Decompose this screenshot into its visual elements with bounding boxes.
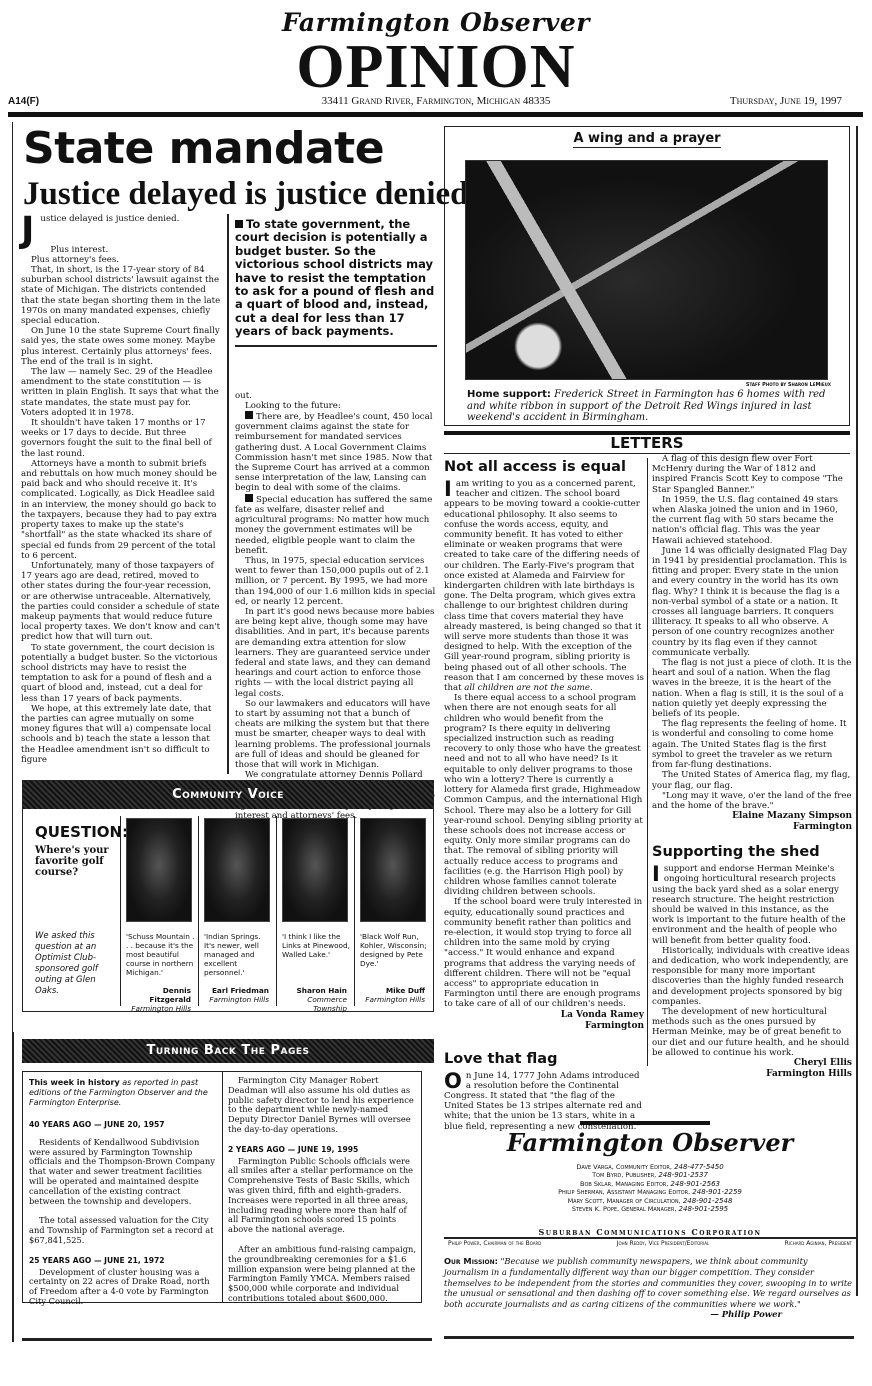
editorial-column-1: Justice delayed is justice denied. Plus …	[21, 214, 221, 765]
respondent-photo	[126, 818, 192, 922]
letter-paragraph: "Long may it wave, o'er the land of the …	[652, 791, 852, 811]
staff-box-paper-name: Farmington Observer	[444, 1128, 856, 1157]
officer: John Reddy, Vice President/Editorial	[617, 1240, 710, 1247]
mission-rule	[444, 1336, 854, 1339]
respondent: 'Black Wolf Run, Kohler, Wisconsin; desi…	[354, 816, 429, 1006]
editorial-paragraph: That, in short, is the 17-year story of …	[21, 265, 221, 326]
staff-box-rule	[580, 1121, 710, 1125]
corporation-name: Suburban Communications Corporation	[444, 1227, 856, 1237]
respondent-answer: 'Indian Springs. It's newer, well manage…	[204, 932, 273, 986]
question-text: Where's your favorite golf course?	[35, 845, 120, 878]
letter-paragraph: The flag represents the feeling of home.…	[652, 719, 852, 770]
mission-statement: Our Mission: "Because we publish communi…	[444, 1256, 854, 1310]
mission-attribution: — Philip Power	[710, 1310, 782, 1320]
letter-paragraph: June 14 was officially designated Flag D…	[652, 546, 852, 658]
respondent: 'I think I like the Links at Pinewood, W…	[276, 816, 351, 1006]
editorial-paragraph: Attorneys have a month to submit briefs …	[21, 459, 221, 561]
editorial-paragraph: Looking to the future:	[235, 401, 437, 411]
question-block: QUESTION: Where's your favorite golf cou…	[35, 823, 120, 878]
editorial-paragraph: Plus attorney's fees.	[21, 255, 221, 265]
drop-cap: I	[444, 479, 452, 499]
editorial-paragraph: The law — namely Sec. 29 of the Headlee …	[21, 367, 221, 418]
photo-caption: Home support: Frederick Street in Farmin…	[467, 389, 827, 424]
officer: Richard Aginian, President	[785, 1240, 852, 1247]
letter-town: Farmington Hills	[652, 1069, 852, 1080]
editorial-paragraph: Unfortunately, many of those taxpayers o…	[21, 561, 221, 643]
drop-cap: I	[652, 864, 660, 884]
community-voice-title: Community Voice	[23, 781, 433, 809]
editorial-paragraph: It shouldn't have taken 17 months or 17 …	[21, 418, 221, 459]
history-intro: This week in history as reported in past…	[29, 1078, 219, 1108]
bullet-square-icon	[245, 411, 253, 419]
history-heading: 2 YEARS AGO — JUNE 19, 1995	[228, 1145, 418, 1155]
respondent-name: Sharon Hain	[282, 986, 351, 995]
respondent-answer: 'I think I like the Links at Pinewood, W…	[282, 932, 351, 986]
column-divider	[222, 1072, 223, 1302]
history-column-2: Farmington City Manager Robert Deadman w…	[228, 1076, 418, 1314]
staff-member: Steven K. Pope, General Manager, 248-901…	[444, 1205, 856, 1213]
letter-author: Cheryl Ellis	[652, 1058, 852, 1069]
house-ribbon-photo	[465, 160, 828, 380]
turning-back-title: Turning Back The Pages	[22, 1039, 434, 1063]
outer-rule	[856, 126, 858, 1296]
staff-member: Mary Scott, Manager of Circulation, 248-…	[444, 1197, 856, 1205]
letter-paragraph: The development of new horticultural met…	[652, 1007, 852, 1058]
letter-title: Love that flag	[444, 1050, 644, 1068]
respondent: 'Indian Springs. It's newer, well manage…	[198, 816, 273, 1006]
column-divider	[227, 214, 229, 774]
respondent: 'Schuss Mountain . . . because it's the …	[120, 816, 195, 1006]
bullet-square-icon	[235, 220, 243, 228]
editorial-paragraph: On June 10 the state Supreme Court final…	[21, 326, 221, 367]
respondent-town: Farmington Hills	[204, 995, 273, 1004]
respondent-name: Dennis Fitzgerald	[126, 986, 195, 1004]
letter-paragraph: Historically, individuals with creative …	[652, 946, 852, 1007]
staff-list: Dave Varga, Community Editor, 248-477-54…	[444, 1163, 856, 1213]
staff-member: Philip Sherman, Assistant Managing Edito…	[444, 1188, 856, 1196]
letter-paragraph: In 1959, the U.S. flag contained 49 star…	[652, 495, 852, 546]
respondent-town: Farmington Hills	[360, 995, 429, 1004]
drop-cap: J	[21, 214, 34, 248]
letter-town: Farmington	[444, 1021, 644, 1032]
outer-rule	[12, 1032, 14, 1342]
letters-column-2: A flag of this design flew over Fort McH…	[652, 454, 852, 1080]
history-column-1: This week in history as reported in past…	[29, 1078, 219, 1309]
letter-title: Supporting the shed	[652, 843, 852, 861]
editorial-paragraph: To state government, the court decision …	[21, 643, 221, 704]
editorial-subhead: Justice delayed is justice denied	[23, 174, 468, 214]
respondent-name: Mike Duff	[360, 986, 429, 995]
staff-member: Dave Varga, Community Editor, 248-477-54…	[444, 1163, 856, 1171]
letter-paragraph: A flag of this design flew over Fort McH…	[652, 454, 852, 495]
letters-header: LETTERS	[444, 434, 850, 452]
photo-credit: Staff Photo by Sharon LeMieux	[746, 382, 831, 388]
editorial-paragraph: Special education has suffered the same …	[235, 494, 437, 556]
respondent-name: Earl Friedman	[204, 986, 273, 995]
history-heading: 25 YEARS AGO — JUNE 21, 1972	[29, 1256, 219, 1266]
editorial-column-2: To state government, the court decision …	[235, 218, 437, 821]
letter-town: Farmington	[652, 822, 852, 833]
turning-back-the-pages: This week in history as reported in past…	[22, 1071, 422, 1303]
letters-column-1: Not all access is equal I am writing to …	[444, 458, 644, 1132]
history-paragraph: Development of cluster housing was a cer…	[29, 1268, 219, 1307]
history-paragraph: Farmington Public Schools officials were…	[228, 1157, 418, 1235]
photo-title: A wing and a prayer	[445, 131, 849, 146]
respondent-answer: 'Black Wolf Run, Kohler, Wisconsin; desi…	[360, 932, 429, 986]
section-title: OPINION	[0, 36, 872, 98]
officer: Philip Power, Chairman of the Board	[448, 1240, 541, 1247]
letter-paragraph: If the school board were truly intereste…	[444, 897, 644, 1009]
community-voice: Community Voice QUESTION: Where's your f…	[22, 780, 434, 1012]
staff-member: Tom Byrd, Publisher, 248-901-2537	[444, 1171, 856, 1179]
editorial-paragraph: We hope, at this extremely late date, th…	[21, 704, 221, 765]
masthead: Farmington Observer OPINION A14(F) 33411…	[0, 0, 872, 118]
history-paragraph: Farmington City Manager Robert Deadman w…	[228, 1076, 418, 1135]
corporation-rule	[444, 1237, 856, 1239]
question-note: We asked this question at an Optimist Cl…	[35, 931, 121, 997]
letter-title: Not all access is equal	[444, 458, 644, 476]
editorial-paragraph: out.	[235, 391, 437, 401]
editorial-paragraph: Plus interest.	[21, 245, 221, 255]
letter-paragraph: I support and endorse Herman Meinke's on…	[652, 864, 852, 946]
history-paragraph: Residents of Kendallwood Subdivision wer…	[29, 1138, 219, 1207]
respondent-photo	[282, 818, 348, 922]
question-label: QUESTION:	[35, 823, 120, 841]
history-paragraph: The total assessed valuation for the Cit…	[29, 1216, 219, 1245]
masthead-rule	[8, 112, 863, 117]
editorial-headline: State mandate	[23, 124, 384, 174]
editorial-paragraph: Thus, in 1975, special education service…	[235, 556, 437, 607]
respondent-answer: 'Schuss Mountain . . . because it's the …	[126, 932, 195, 986]
history-heading: 40 YEARS AGO — JUNE 20, 1957	[29, 1120, 219, 1130]
pull-quote: To state government, the court decision …	[235, 218, 437, 347]
history-paragraph: After an ambitious fund-raising campaign…	[228, 1245, 418, 1304]
letter-author: Elaine Mazany Simpson	[652, 811, 852, 822]
issue-date: Thursday, June 19, 1997	[730, 95, 842, 107]
editorial-paragraph: In part it's good news because more babi…	[235, 607, 437, 699]
column-divider	[647, 458, 648, 1066]
respondent-town: Farmington Hills	[126, 1004, 195, 1013]
corporation-officers: Philip Power, Chairman of the Board John…	[444, 1240, 856, 1247]
staff-member: Bob Sklar, Managing Editor, 248-901-2563	[444, 1180, 856, 1188]
respondent-photo	[204, 818, 270, 922]
photo-feature: A wing and a prayer Staff Photo by Sharo…	[444, 126, 850, 426]
respondent-photo	[360, 818, 426, 922]
letter-author: La Vonda Ramey	[444, 1010, 644, 1021]
letter-paragraph: The flag is not just a piece of cloth. I…	[652, 658, 852, 719]
editorial-paragraph: So our lawmakers and educators will have…	[235, 699, 437, 770]
letter-paragraph: I am writing to you as a concerned paren…	[444, 479, 644, 693]
letter-paragraph: The United States of America flag, my fl…	[652, 770, 852, 790]
editorial-paragraph: There are, by Headlee's count, 450 local…	[235, 411, 437, 494]
drop-cap: O	[444, 1071, 462, 1091]
respondent-town: Commerce Township	[282, 995, 351, 1013]
bottom-rule	[22, 1338, 432, 1341]
editorial-paragraph: Justice delayed is justice denied.	[21, 214, 221, 245]
bullet-square-icon	[245, 494, 253, 502]
letter-paragraph: Is there equal access to a school progra…	[444, 693, 644, 897]
